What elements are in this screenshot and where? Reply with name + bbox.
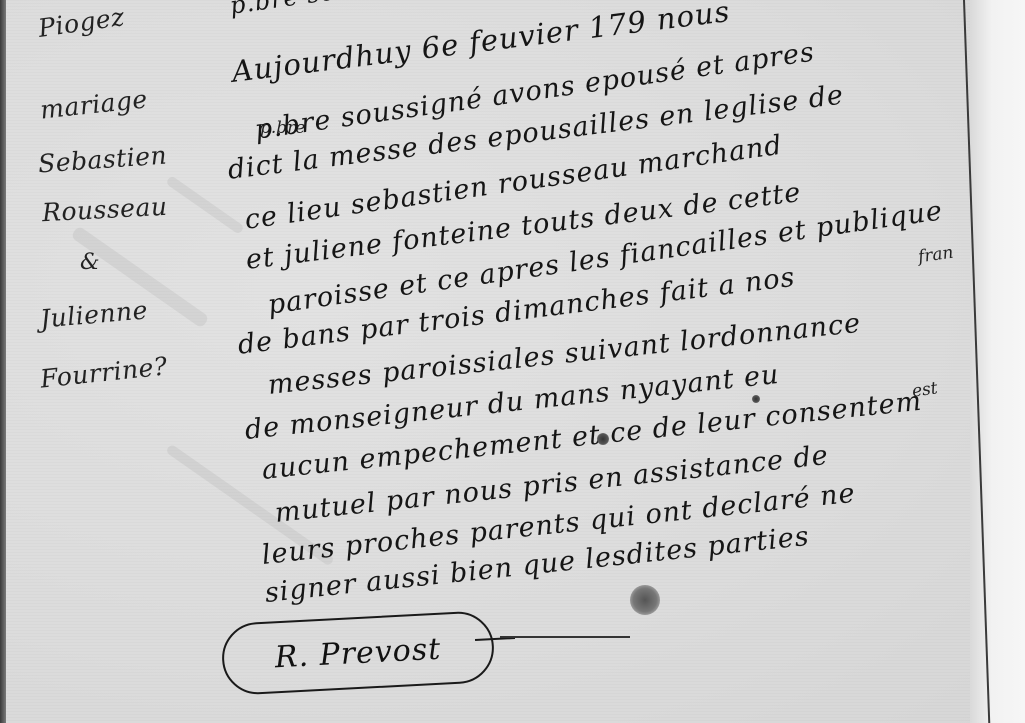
margin-note-priest: Piogez bbox=[36, 2, 126, 43]
superscript-right-1: fran bbox=[917, 243, 955, 268]
closing-rule bbox=[500, 636, 630, 638]
ink-dot bbox=[597, 433, 609, 445]
ink-dot bbox=[752, 395, 760, 403]
priest-signature: R. Prevost bbox=[274, 631, 442, 675]
ink-blot bbox=[630, 585, 660, 615]
margin-note-groom-last: Rousseau bbox=[41, 192, 168, 228]
margin-note-groom-first: Sebastien bbox=[37, 141, 168, 179]
signature-cartouche: R. Prevost bbox=[220, 610, 495, 696]
page-left-edge bbox=[0, 0, 6, 723]
page-right-margin bbox=[970, 0, 1025, 723]
margin-note-mariage: mariage bbox=[39, 84, 149, 124]
header-fragment: p.bre soussigné bbox=[228, 0, 436, 20]
margin-note-bride-first: Julienne bbox=[39, 295, 149, 333]
margin-note-bride-last: Fourrine? bbox=[39, 351, 169, 393]
margin-note-ampersand: & bbox=[80, 250, 100, 275]
register-page: Piogez mariage Sebastien Rousseau & Juli… bbox=[0, 0, 1025, 723]
